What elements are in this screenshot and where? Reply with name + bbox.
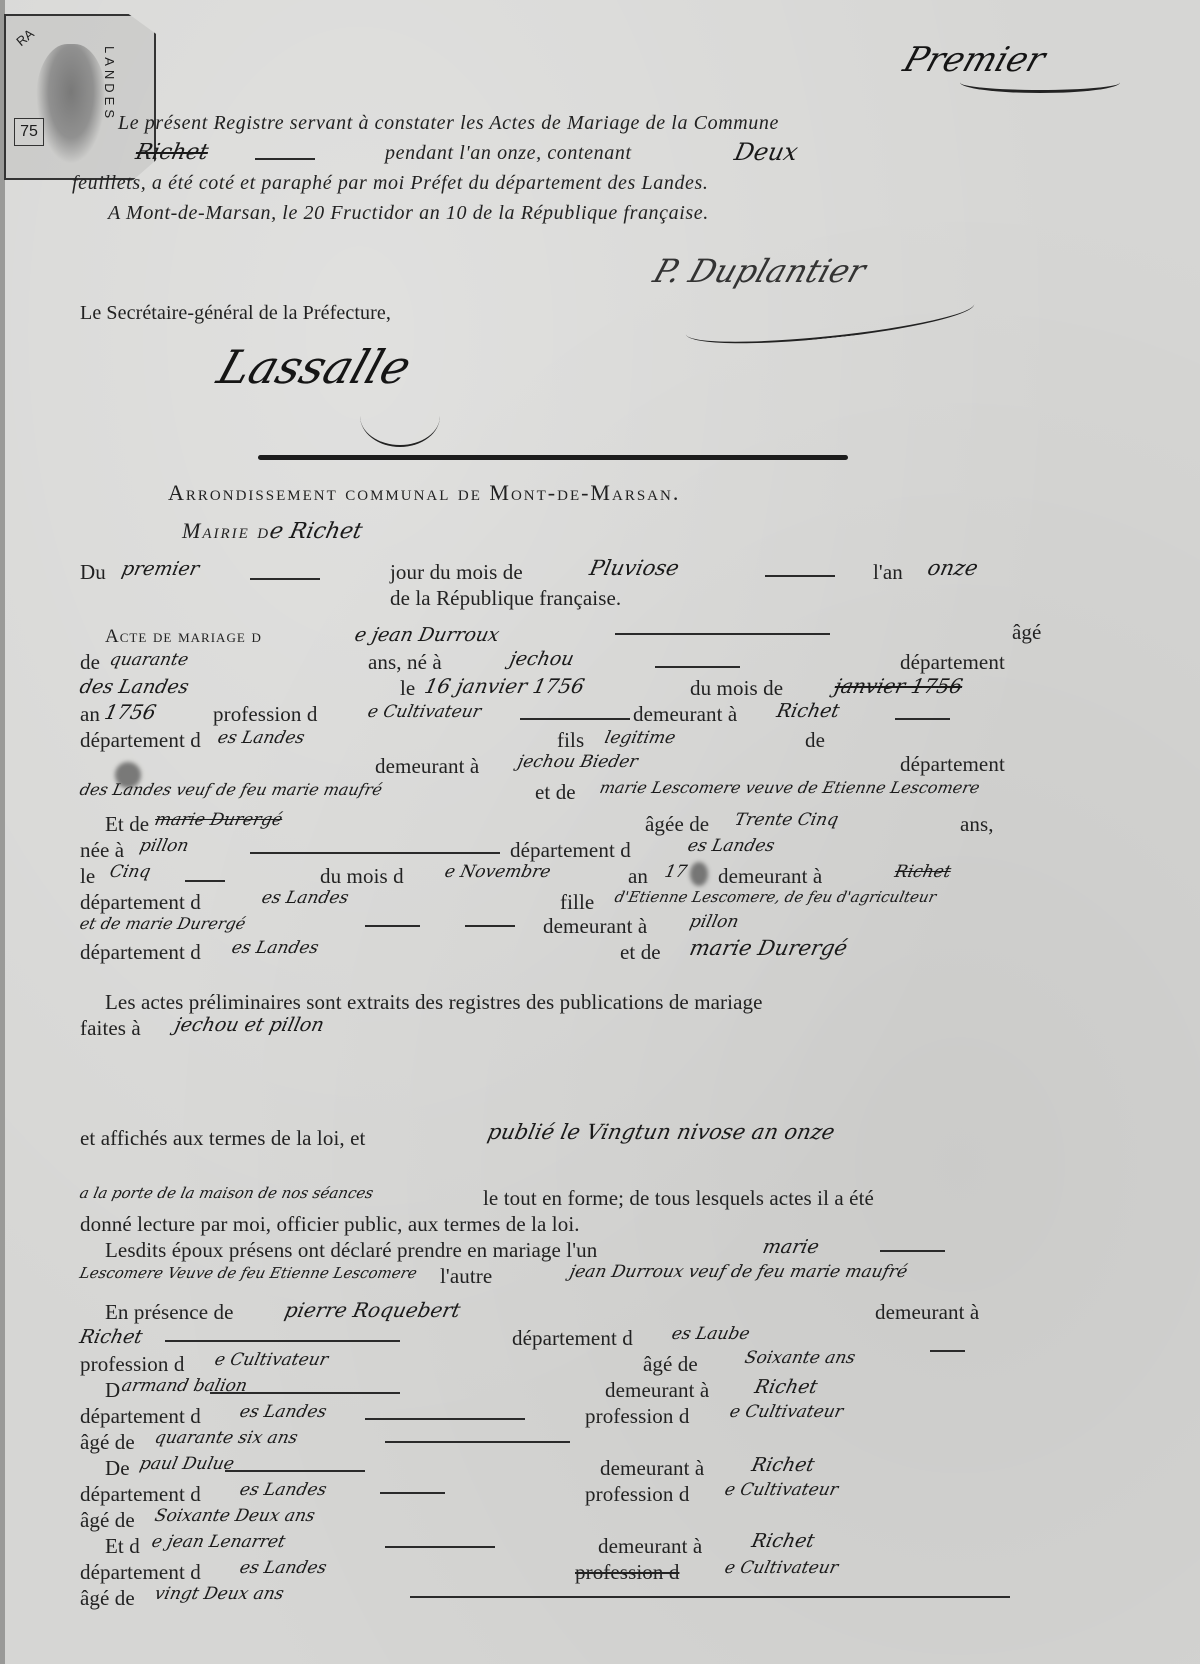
- blank-line: [365, 925, 420, 927]
- groom-mother: marie Lescomere veuve de Etienne Lescome…: [598, 778, 982, 797]
- witness-3-residence-label: demeurant à: [600, 1456, 704, 1481]
- groom-an-label: an: [80, 702, 100, 727]
- mairie-value: e Richet: [267, 519, 364, 544]
- bride-parent-residence-label: demeurant à: [543, 914, 647, 939]
- page-edge: [0, 0, 5, 1664]
- blank-line: [225, 1470, 365, 1472]
- bride-day: Cinq: [108, 862, 153, 882]
- faites-label: faites à: [80, 1016, 141, 1041]
- date-day: premier: [120, 558, 202, 580]
- witness-4-name: e jean Lenarret: [150, 1532, 287, 1552]
- commune-handwritten: Richet: [133, 140, 210, 165]
- prefect-signature: P. Duplantier: [649, 252, 871, 290]
- bride-residence: Richet: [893, 862, 953, 882]
- blank-line: [385, 1546, 495, 1548]
- bride-ans-label: ans,: [960, 812, 994, 837]
- witness-3-residence: Richet: [750, 1454, 817, 1476]
- header-line-3: feuillets, a été coté et paraphé par moi…: [72, 172, 709, 195]
- witness-4-dept-label: département d: [80, 1560, 201, 1585]
- bride-year: 17: [663, 862, 689, 882]
- groom-profession-label: profession d: [213, 702, 317, 727]
- groom-birth-date: 16 janvier 1756: [422, 674, 586, 698]
- header-count: Deux: [735, 138, 797, 166]
- witness-2-intro: D: [105, 1378, 120, 1403]
- bride-age-label: âgée de: [645, 812, 709, 837]
- blank-line: [615, 633, 830, 635]
- affiches-value: publié le Vingtun nivose an onze: [485, 1120, 837, 1144]
- groom-month-label: du mois de: [690, 676, 783, 701]
- witness-1-residence-label: demeurant à: [875, 1300, 979, 1325]
- blank-line: [930, 1350, 965, 1352]
- witness-1-age: Soixante ans: [743, 1348, 857, 1368]
- witness-1-name: pierre Roquebert: [282, 1298, 462, 1322]
- blank-line: [210, 1392, 400, 1394]
- bride-born-label: née à: [80, 838, 124, 863]
- count-handwritten: Deux: [732, 138, 800, 166]
- tax-stamp: RA LANDES 75: [4, 14, 156, 180]
- bride-dept2-label: département d: [80, 890, 201, 915]
- bride-parent-residence: pillon: [688, 912, 741, 932]
- groom-et-de-label: et de: [535, 780, 576, 805]
- date-du-label: Du: [80, 560, 106, 585]
- witness-1-profession-label: profession d: [80, 1352, 184, 1377]
- secretary-flourish: [360, 385, 440, 447]
- witness-3-age-label: âgé de: [80, 1508, 135, 1533]
- section-divider: [258, 455, 848, 460]
- spouse-1: marie: [761, 1236, 821, 1258]
- groom-parent-residence-label: demeurant à: [375, 754, 479, 779]
- witness-3-name: paul Dulue: [138, 1454, 236, 1474]
- mairie-label: Mairie d: [182, 518, 270, 543]
- ink-blot: [690, 862, 708, 886]
- witness-1-dept: es Laube: [670, 1324, 752, 1344]
- stamp-text-left: RA: [13, 26, 36, 49]
- witness-4-intro: Et d: [105, 1534, 140, 1559]
- autre-label: l'autre: [440, 1264, 492, 1289]
- groom-born-place: jechou: [508, 648, 576, 670]
- witness-3-profession-label: profession d: [585, 1482, 689, 1507]
- witness-3-intro: De: [105, 1456, 130, 1481]
- witness-1-dept-label: département d: [512, 1326, 633, 1351]
- witness-2-dept: es Landes: [238, 1402, 328, 1422]
- arrondissement-title: Arrondissement communal de Mont-de-Marsa…: [168, 480, 680, 506]
- witness-2-dept-label: département d: [80, 1404, 201, 1429]
- acte-label: Acte de mariage d: [105, 626, 262, 648]
- blank-line: [880, 1250, 945, 1252]
- witness-4-profession: e Cultivateur: [723, 1558, 840, 1578]
- tout-label: le tout en forme; de tous lesquels actes…: [483, 1186, 874, 1211]
- date-an-label: l'an: [873, 560, 903, 585]
- witness-2-residence-label: demeurant à: [605, 1378, 709, 1403]
- groom-dept3: des Landes veuf de feu marie maufré: [78, 780, 384, 799]
- blank-line: [250, 852, 500, 854]
- location-value: a la porte de la maison de nos séances: [78, 1184, 375, 1202]
- bride-name-struck: marie Durergé: [153, 810, 284, 830]
- groom-dept: des Landes: [78, 676, 191, 698]
- date-year: onze: [925, 556, 980, 580]
- groom-profession: e Cultivateur: [366, 702, 483, 722]
- groom-fils-value: legitime: [603, 728, 678, 748]
- bride-dept3-label: département d: [80, 940, 201, 965]
- groom-birth-month: janvier 1756: [832, 674, 964, 698]
- spouse-2: jean Durroux veuf de feu marie maufré: [568, 1262, 909, 1282]
- bride-residence-label: demeurant à: [718, 864, 822, 889]
- declaration-line-1: Lesdits époux présens ont déclaré prendr…: [105, 1238, 597, 1263]
- bride-dept3: es Landes: [230, 938, 320, 958]
- witness-2-residence: Richet: [753, 1376, 820, 1398]
- top-signature-flourish: [960, 72, 1120, 93]
- bride-et-de2-label: et de: [620, 940, 661, 965]
- groom-fils-label: fils: [557, 728, 584, 753]
- header-line-2: pendant l'an onze, contenant: [385, 142, 632, 165]
- groom-le-label: le: [400, 676, 415, 701]
- blank-line: [465, 925, 515, 927]
- bride-month-label: du mois d: [320, 864, 404, 889]
- spouse-1-cont: Lescomere Veuve de feu Etienne Lescomere: [78, 1264, 419, 1282]
- bride-dept2: es Landes: [260, 888, 350, 908]
- witness-1-age-label: âgé de: [643, 1352, 698, 1377]
- groom-age: quarante: [108, 650, 190, 670]
- witness-2-profession-label: profession d: [585, 1404, 689, 1429]
- bride-mother: marie Durergé: [687, 936, 849, 960]
- groom-residence: Richet: [775, 700, 842, 722]
- blank-line: [410, 1596, 1010, 1598]
- groom-dept2: es Landes: [216, 728, 306, 748]
- faites-value: jechou et pillon: [173, 1014, 326, 1036]
- bride-month: e Novembre: [443, 862, 553, 882]
- bride-fille-label: fille: [560, 890, 594, 915]
- secretary-label: Le Secrétaire-général de la Préfecture,: [80, 302, 391, 325]
- affiches-label: et affichés aux termes de la loi, et: [80, 1126, 365, 1151]
- stamp-figure-icon: [36, 44, 106, 164]
- witness-4-profession-label: profession d: [575, 1560, 679, 1585]
- blank-line: [365, 1418, 525, 1420]
- groom-dept3-label: département: [900, 752, 1005, 777]
- blank-line: [255, 158, 315, 160]
- witness-3-dept-label: département d: [80, 1482, 201, 1507]
- blank-line: [250, 578, 320, 580]
- preliminaries-line-1: Les actes préliminaires sont extraits de…: [105, 990, 763, 1015]
- witness-4-dept: es Landes: [238, 1558, 328, 1578]
- bride-fille-value: d'Etienne Lescomere, de feu d'agriculteu…: [613, 888, 938, 906]
- blank-line: [655, 666, 740, 668]
- stamp-text-right: LANDES: [102, 46, 117, 122]
- bride-born-place: pillon: [138, 836, 191, 856]
- witness-2-age-label: âgé de: [80, 1430, 135, 1455]
- bride-dept: es Landes: [686, 836, 776, 856]
- groom-born-label: ans, né à: [368, 650, 442, 675]
- blank-line: [765, 575, 835, 577]
- blank-line: [185, 880, 225, 882]
- date-republic: de la République française.: [390, 586, 621, 611]
- witnesses-label: En présence de: [105, 1300, 234, 1325]
- blank-line: [385, 1441, 570, 1443]
- witness-1-residence: Richet: [78, 1326, 145, 1348]
- groom-parent-residence: jechou Bieder: [516, 752, 640, 772]
- groom-dept-label: département: [900, 650, 1005, 675]
- bride-le-label: le: [80, 864, 95, 889]
- witness-4-age: vingt Deux ans: [153, 1584, 286, 1604]
- lecture-label: donné lecture par moi, officier public, …: [80, 1212, 580, 1237]
- header-line-4: A Mont-de-Marsan, le 20 Fructidor an 10 …: [108, 202, 709, 225]
- witness-3-profession: e Cultivateur: [723, 1480, 840, 1500]
- witness-3-dept: es Landes: [238, 1480, 328, 1500]
- groom-name: e jean Durroux: [353, 624, 502, 646]
- bride-et-de-label: Et de: [105, 812, 149, 837]
- groom-de-label: de: [80, 650, 100, 675]
- witness-4-residence-label: demeurant à: [598, 1534, 702, 1559]
- blank-line: [165, 1340, 400, 1342]
- witness-1-profession: e Cultivateur: [213, 1350, 330, 1370]
- header-commune: Richet: [136, 140, 208, 165]
- witness-4-residence: Richet: [750, 1530, 817, 1552]
- mairie-line: Mairie de Richet: [182, 518, 362, 544]
- register-page: RA LANDES 75 Premier Le présent Registre…: [0, 0, 1200, 1664]
- prefect-flourish: [684, 285, 976, 353]
- groom-birth-year: 1756: [102, 700, 158, 724]
- stamp-value: 75: [14, 118, 44, 146]
- groom-dept2-label: département d: [80, 728, 201, 753]
- blank-line: [380, 1492, 445, 1494]
- bride-dept-label: département d: [510, 838, 631, 863]
- bride-an-label: an: [628, 864, 648, 889]
- blank-line: [895, 718, 950, 720]
- groom-age-label: âgé: [1012, 620, 1041, 645]
- bride-age: Trente Cinq: [733, 810, 840, 830]
- witness-3-age: Soixante Deux ans: [153, 1506, 317, 1526]
- groom-residence-label: demeurant à: [633, 702, 737, 727]
- blank-line: [520, 718, 630, 720]
- date-jour-label: jour du mois de: [390, 560, 523, 585]
- witness-4-age-label: âgé de: [80, 1586, 135, 1611]
- groom-de2-label: de: [805, 728, 825, 753]
- bride-mother-line: et de marie Durergé: [78, 914, 247, 933]
- witness-2-profession: e Cultivateur: [728, 1402, 845, 1422]
- header-line-1: Le présent Registre servant à constater …: [118, 112, 779, 135]
- witness-2-age: quarante six ans: [153, 1428, 300, 1448]
- date-month: Pluviose: [587, 556, 681, 580]
